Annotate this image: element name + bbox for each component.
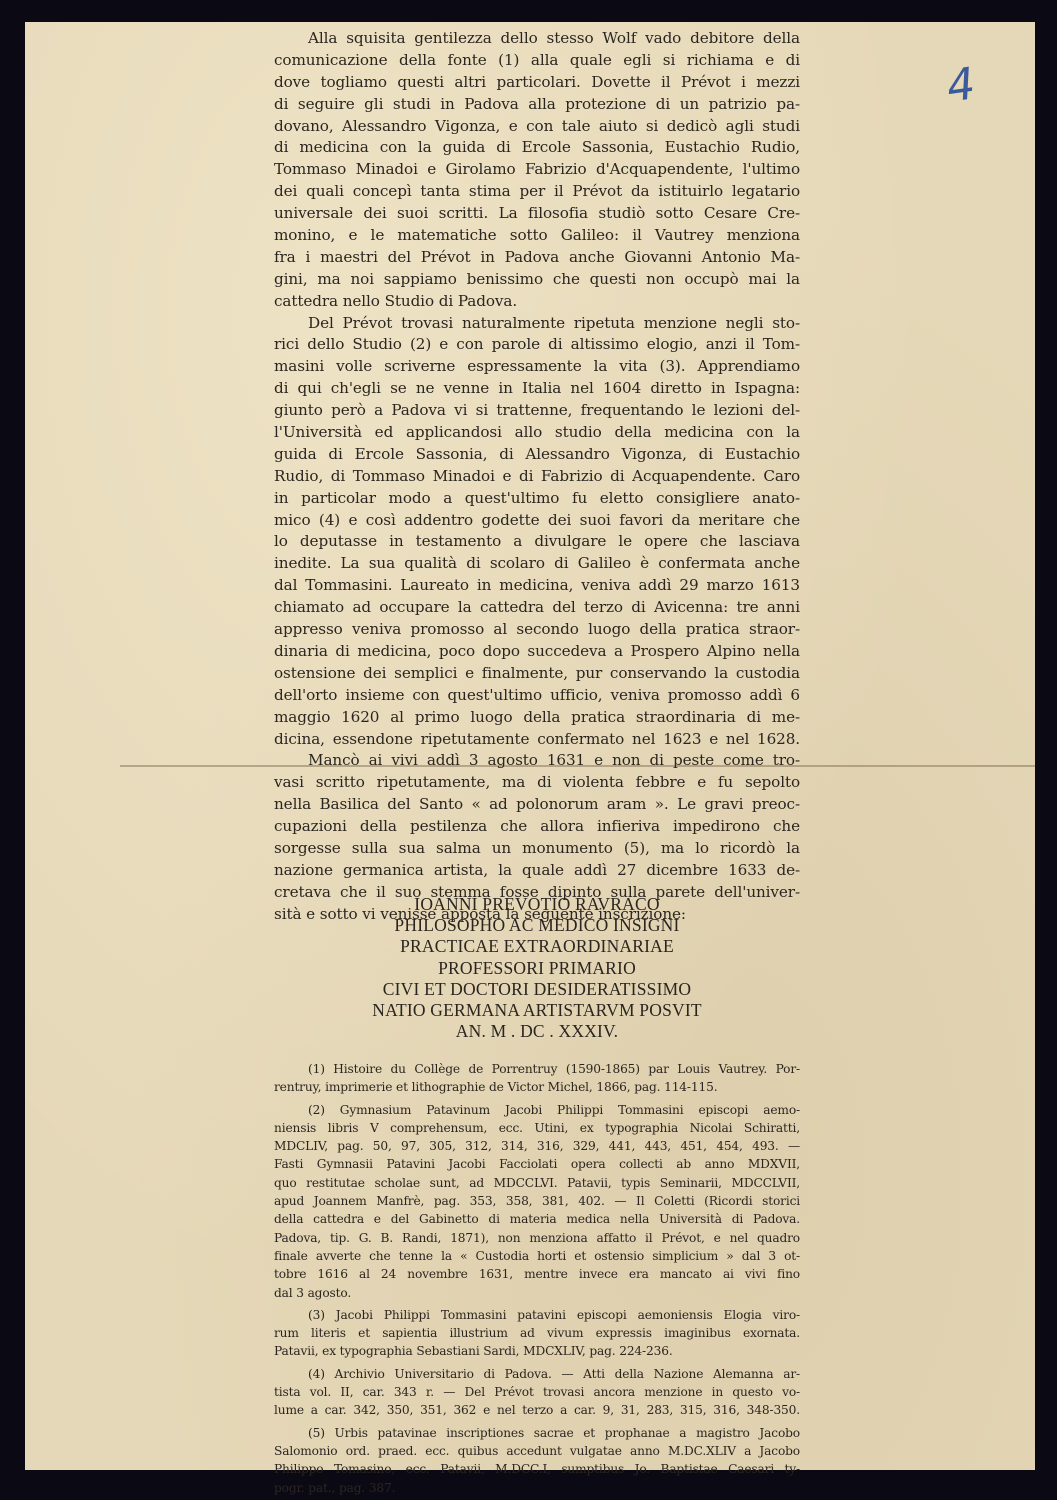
footnote-line: tobre 1616 al 24 novembre 1631, mentre i… [274, 1265, 800, 1283]
footnote-4: (4) Archivio Universitario di Padova. — … [274, 1365, 800, 1420]
text-line: dovano, Alessandro Vigonza, e con tale a… [274, 116, 800, 138]
text-line: dicina, essendone ripetutamente conferma… [274, 729, 800, 751]
text-line: dell'orto insieme con quest'ultimo uffic… [274, 685, 800, 707]
footnote-line: Padova, tip. G. B. Randi, 1871), non men… [274, 1229, 800, 1247]
footnote-3: (3) Jacobi Philippi Tommasini patavini e… [274, 1306, 800, 1361]
text-line: monino, e le matematiche sotto Galileo: … [274, 225, 800, 247]
footnote-line: (2) Gymnasium Patavinum Jacobi Philippi … [274, 1101, 800, 1119]
text-line: fra i maestri del Prévot in Padova anche… [274, 247, 800, 269]
text-line: giunto però a Padova vi si trattenne, fr… [274, 400, 800, 422]
footnote-line: Philippo Tomasino, ecc. Patavii, M.DCC.I… [274, 1460, 800, 1478]
footnote-line: lume a car. 342, 350, 351, 362 e nel ter… [274, 1401, 800, 1419]
footnote-line: pogr. pat., pag. 387. [274, 1479, 800, 1497]
text-line: Mancò ai vivi addì 3 agosto 1631 e non d… [274, 750, 800, 772]
text-line: Del Prévot trovasi naturalmente ripetuta… [274, 313, 800, 335]
text-line: mico (4) e così addentro godette dei suo… [274, 510, 800, 532]
text-line: vasi scritto ripetutamente, ma di violen… [274, 772, 800, 794]
footnote-line: dal 3 agosto. [274, 1284, 800, 1302]
footnote-line: Salomonio ord. praed. ecc. quibus accedu… [274, 1442, 800, 1460]
text-line: dal Tommasini. Laureato in medicina, ven… [274, 575, 800, 597]
text-line: chiamato ad occupare la cattedra del ter… [274, 597, 800, 619]
text-line: dove togliamo questi altri particolari. … [274, 72, 800, 94]
footnote-line: (3) Jacobi Philippi Tommasini patavini e… [274, 1306, 800, 1324]
text-line: universale dei suoi scritti. La filosofi… [274, 203, 800, 225]
handwritten-page-number: 4 [944, 58, 979, 112]
inscription-line: AN. M . DC . XXXIV. [274, 1021, 800, 1042]
text-line: dei quali concepì tanta stima per il Pré… [274, 181, 800, 203]
footnote-1: (1) Histoire du Collège de Porrentruy (1… [274, 1060, 800, 1097]
footnote-line: Patavii, ex typographia Sebastiani Sardi… [274, 1342, 800, 1360]
text-line: di seguire gli studi in Padova alla prot… [274, 94, 800, 116]
text-line: masini volle scriverne espressamente la … [274, 356, 800, 378]
footnote-line: quo restitutae scholae sunt, ad MDCCLVI.… [274, 1174, 800, 1192]
footnote-5: (5) Urbis patavinae inscriptiones sacrae… [274, 1424, 800, 1497]
footnote-line: Fasti Gymnasii Patavini Jacobi Facciolat… [274, 1155, 800, 1173]
text-line: di qui ch'egli se ne venne in Italia nel… [274, 378, 800, 400]
text-line: appresso veniva promosso al secondo luog… [274, 619, 800, 641]
text-line: sorgesse sulla sua salma un monumento (5… [274, 838, 800, 860]
footnote-line: finale avverte che tenne la « Custodia h… [274, 1247, 800, 1265]
paragraph: Alla squisita gentilezza dello stesso Wo… [274, 28, 800, 313]
inscription-line: IOANNI PREVOTIO RAVRACO [274, 894, 800, 915]
footnote-line: della cattedra e del Gabinetto di materi… [274, 1210, 800, 1228]
text-line: Alla squisita gentilezza dello stesso Wo… [274, 28, 800, 50]
footnote-line: (5) Urbis patavinae inscriptiones sacrae… [274, 1424, 800, 1442]
text-line: Rudio, di Tommaso Minadoi e di Fabrizio … [274, 466, 800, 488]
footnote-line: apud Joannem Manfrè, pag. 353, 358, 381,… [274, 1192, 800, 1210]
text-line: nella Basilica del Santo « ad polonorum … [274, 794, 800, 816]
inscription-line: NATIO GERMANA ARTISTARVM POSVIT [274, 1000, 800, 1021]
text-line: cattedra nello Studio di Padova. [274, 291, 800, 313]
text-line: comunicazione della fonte (1) alla quale… [274, 50, 800, 72]
text-line: gini, ma noi sappiamo benissimo che ques… [274, 269, 800, 291]
paragraph: Del Prévot trovasi naturalmente ripetuta… [274, 313, 800, 751]
footnotes: (1) Histoire du Collège de Porrentruy (1… [274, 1060, 800, 1497]
text-line: guida di Ercole Sassonia, di Alessandro … [274, 444, 800, 466]
footnote-line: (1) Histoire du Collège de Porrentruy (1… [274, 1060, 800, 1078]
inscription-line: CIVI ET DOCTORI DESIDERATISSIMO [274, 979, 800, 1000]
footnote-line: tista vol. II, car. 343 r. — Del Prévot … [274, 1383, 800, 1401]
text-line: di medicina con la guida di Ercole Sasso… [274, 137, 800, 159]
scanned-page: 4 Alla squisita gentilezza dello stesso … [25, 22, 1035, 1470]
text-line: nazione germanica artista, la quale addì… [274, 860, 800, 882]
footnote-line: rentruy, imprimerie et lithographie de V… [274, 1078, 800, 1096]
text-line: l'Università ed applicandosi allo studio… [274, 422, 800, 444]
text-line: Tommaso Minadoi e Girolamo Fabrizio d'Ac… [274, 159, 800, 181]
text-line: lo deputasse in testamento a divulgare l… [274, 531, 800, 553]
text-line: cupazioni della pestilenza che allora in… [274, 816, 800, 838]
text-line: in particolar modo a quest'ultimo fu ele… [274, 488, 800, 510]
inscription-line: PHILOSOPHO AC MEDICO INSIGNI [274, 915, 800, 936]
footnote-2: (2) Gymnasium Patavinum Jacobi Philippi … [274, 1101, 800, 1302]
latin-inscription: IOANNI PREVOTIO RAVRACO PHILOSOPHO AC ME… [274, 894, 800, 1042]
text-line: maggio 1620 al primo luogo della pratica… [274, 707, 800, 729]
inscription-line: PRACTICAE EXTRAORDINARIAE [274, 936, 800, 957]
footnote-line: niensis libris V comprehensum, ecc. Utin… [274, 1119, 800, 1137]
text-line: rici dello Studio (2) e con parole di al… [274, 334, 800, 356]
text-line: ostensione dei semplici e finalmente, pu… [274, 663, 800, 685]
footnote-line: (4) Archivio Universitario di Padova. — … [274, 1365, 800, 1383]
main-text: Alla squisita gentilezza dello stesso Wo… [274, 28, 800, 926]
footnote-line: MDCLIV, pag. 50, 97, 305, 312, 314, 316,… [274, 1137, 800, 1155]
footnote-line: rum literis et sapientia illustrium ad v… [274, 1324, 800, 1342]
text-line: dinaria di medicina, poco dopo succedeva… [274, 641, 800, 663]
inscription-line: PROFESSORI PRIMARIO [274, 958, 800, 979]
text-line: inedite. La sua qualità di scolaro di Ga… [274, 553, 800, 575]
